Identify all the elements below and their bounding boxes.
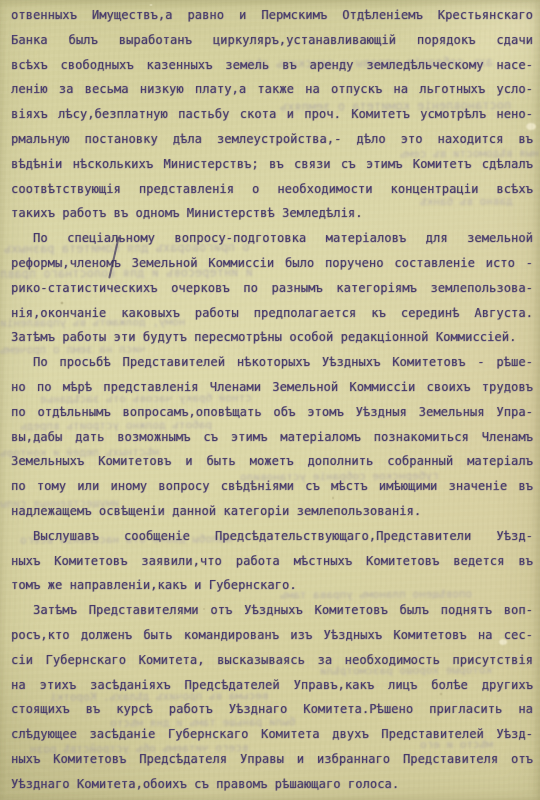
- text-line: слѣдующее засѣданіе Губернскаго Комитета…: [11, 722, 533, 747]
- text-line: ныхъ Комитетовъ заявили,что работа мѣстн…: [11, 549, 533, 574]
- text-line: Затѣмъ Представителями отъ Уѣздныхъ Коми…: [11, 598, 533, 623]
- text-line: По просьбѣ Представителей нѣкоторыхъ Уѣз…: [11, 350, 533, 375]
- document-page: ахъ собраніе управы и земскихъ дѣлъпоста…: [0, 0, 540, 800]
- text-line: сіи Губернскаго Комитета, высказываясь з…: [11, 648, 533, 673]
- paper-chip: [526, 123, 536, 130]
- text-line: Земельныхъ Комитетовъ и быть можетъ допо…: [11, 449, 533, 474]
- text-line: Банка былъ выработанъ циркуляръ,устанавл…: [11, 28, 533, 53]
- text-line: но по мѣрѣ представленія Членами Земельн…: [11, 375, 533, 400]
- text-line: нія,окончаніе каковыхъ работы предполага…: [11, 301, 533, 326]
- typewritten-text-block: отвенныхъ Имуществъ,а равно и Пермскимъ …: [11, 3, 533, 797]
- text-line: стоящихъ въ курсѣ работъ Уѣзднаго Комите…: [11, 697, 533, 722]
- text-line: ныхъ Комитетовъ Предсѣдателя Управы и из…: [11, 747, 533, 772]
- text-line: такихъ работъ въ одномъ Министерствѣ Зем…: [11, 201, 533, 226]
- text-line: Затѣмъ работы эти будутъ пересмотрѣны ос…: [11, 325, 533, 350]
- text-line: отвенныхъ Имуществъ,а равно и Пермскимъ …: [11, 3, 533, 28]
- text-line: всѣхъ свободныхъ казенныхъ земель въ аре…: [11, 53, 533, 78]
- text-line: по тому или иному вопросу свѣдѣніями съ …: [11, 474, 533, 499]
- text-line: рмальную постановку дѣла землеустройства…: [11, 127, 533, 152]
- text-line: росъ,кто долженъ быть командированъ изъ …: [11, 623, 533, 648]
- text-line: соотвѣтствующія представленія о необходи…: [11, 177, 533, 202]
- text-line: вы,дабы дать возможнымъ съ этимъ матеріа…: [11, 425, 533, 450]
- text-line: на этихъ засѣданіяхъ Предсѣдателей Управ…: [11, 673, 533, 698]
- text-line: надлежащемъ освѣщеніи данной категоріи з…: [11, 499, 533, 524]
- text-line: Уѣзднаго Комитета,обоихъ съ правомъ рѣша…: [11, 772, 533, 797]
- text-line: Выслушавъ сообщеніе Предсѣдательствующаг…: [11, 524, 533, 549]
- text-line: ленію за весьма низкую плату,а также на …: [11, 77, 533, 102]
- text-line: реформы,членомъ Земельной Коммиссіи было…: [11, 251, 533, 276]
- text-line: вѣдѣніи нѣсколькихъ Министерствъ; въ свя…: [11, 152, 533, 177]
- text-line: по отдѣльнымъ вопросамъ,оповѣщать объ эт…: [11, 400, 533, 425]
- text-line: віяхъ лѣсу,безплатную пастьбу скота и пр…: [11, 102, 533, 127]
- text-line: томъ же направленіи,какъ и Губернскаго.: [11, 573, 533, 598]
- text-line: По спеціальному вопросу-подготовка матер…: [11, 226, 533, 251]
- text-line: рико-статистическихъ очерковъ по разнымъ…: [11, 276, 533, 301]
- paper-chip: [499, 639, 507, 645]
